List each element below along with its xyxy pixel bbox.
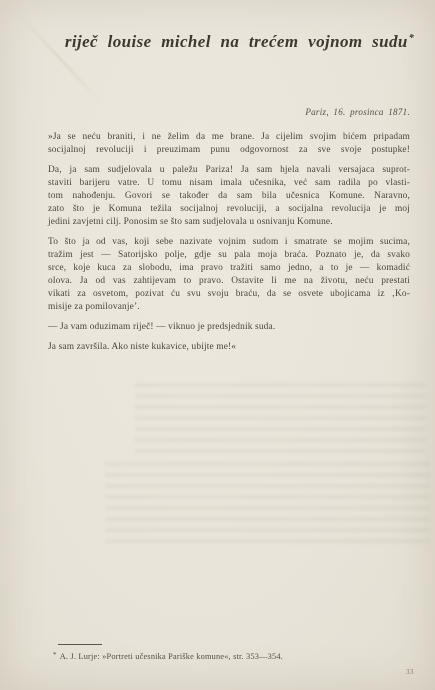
paragraph-closing-line: Ja sam završila. Ako niste kukavice, ubi… [48, 341, 410, 354]
text-line: tom nahođenju. Govori se također da sam … [48, 190, 410, 203]
footnote-marker: * [53, 651, 57, 659]
text-line: To što ja od vas, koji sebe nazivate voj… [48, 236, 410, 249]
page-number: 33 [406, 668, 414, 676]
text-line: tražim jest — Satorijsko polje, gdje su … [48, 249, 410, 262]
paragraph-demand: To što ja od vas, koji sebe nazivate voj… [48, 236, 410, 314]
show-through-text-smudge-upper [135, 383, 425, 455]
text-line: »Ja se neću braniti, i ne želim da me br… [48, 131, 410, 144]
text-line: Da, ja sam sudjelovala u paležu Pariza! … [48, 164, 410, 177]
text-line: olova. Ja od vas zahtijevam to pravo. Os… [48, 275, 410, 288]
footnote: *A. J. Lurje: »Portreti učesnika Pariške… [53, 651, 413, 661]
text-line: Ja sam završila. Ako niste kukavice, ubi… [48, 341, 410, 354]
text-line: — Ja vam oduzimam riječ! — viknuo je pre… [48, 321, 410, 334]
paper-crease-mark [15, 10, 105, 106]
paragraph-commune-confession: Da, ja sam sudjelovala u paležu Pariza! … [48, 164, 410, 229]
text-line: vikati za osvetom, pozivat ću svu svoju … [48, 288, 410, 301]
page-title-text: riječ louise michel na trećem vojnom sud… [65, 32, 408, 51]
text-line: socijalnoj revoluciji i preuzimam punu o… [48, 144, 410, 157]
paragraph-president-interruption: — Ja vam oduzimam riječ! — viknuo je pre… [48, 321, 410, 334]
body-text: »Ja se neću braniti, i ne želim da me br… [48, 131, 410, 361]
paragraph-opening-quote: »Ja se neću braniti, i ne želim da me br… [48, 131, 410, 157]
text-line: staviti barijeru vatre. U tomu nisam ima… [48, 177, 410, 190]
text-line: jedini zavjetni cilj. Ponosim se što sam… [48, 216, 410, 229]
footnote-divider-rule [58, 644, 102, 645]
page-title: riječ louise michel na trećem vojnom sud… [50, 32, 429, 52]
scanned-book-page: riječ louise michel na trećem vojnom sud… [0, 0, 435, 690]
text-line: srce, koje kuca za slobodu, ima pravo tr… [48, 262, 410, 275]
show-through-text-smudge-lower [105, 462, 430, 546]
dateline: Pariz, 16. prosinca 1871. [305, 107, 410, 117]
title-footnote-marker: * [409, 33, 414, 44]
text-line: zato što je Komuna težila socijalnoj rev… [48, 203, 410, 216]
footnote-text: A. J. Lurje: »Portreti učesnika Pariške … [60, 652, 283, 661]
text-line: misije za pomilovanje’. [48, 301, 410, 314]
